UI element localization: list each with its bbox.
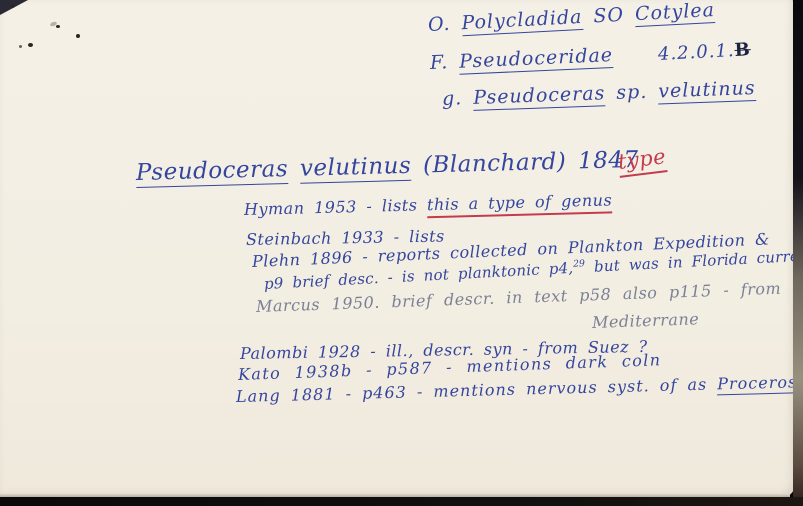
hyman-red-underlined: this a type of genus	[427, 190, 613, 218]
note-hyman: Hyman 1953 - lists this a type of genus	[244, 190, 613, 219]
page-superscript: 29	[573, 258, 585, 270]
dust-speck	[28, 43, 33, 47]
family-prefix: F.	[430, 51, 449, 74]
title-authority: (Blanchard) 1847	[423, 147, 639, 179]
family-name: Pseudoceridae	[459, 44, 614, 75]
genus-prefix: g.	[442, 87, 463, 110]
taxonomy-order-line: O. Polycladida SO Cotylea	[427, 0, 715, 36]
dust-speck	[76, 34, 80, 38]
scan-background-right	[793, 0, 803, 506]
title-genus: Pseudoceras	[136, 156, 289, 188]
genus-name: Pseudoceras	[473, 82, 606, 111]
type-annotation: type	[617, 144, 668, 174]
dust-speck	[56, 25, 60, 28]
dust-speck	[10, 4, 15, 8]
scanned-index-card-page: { "colors": { "card_background": "#f3efe…	[0, 0, 803, 506]
genus-species-name: velutinus	[658, 77, 756, 104]
scan-background-bottom	[0, 497, 803, 506]
suborder-prefix: SO	[593, 4, 625, 28]
catalog-number-overwritten: B	[734, 39, 751, 61]
order-prefix: O.	[427, 13, 451, 36]
suborder-name: Cotylea	[634, 0, 715, 27]
lang-species-underlined: Proceros vel.	[717, 371, 803, 395]
genus-mid: sp.	[616, 81, 648, 104]
taxonomy-genus-line: g. Pseudoceras sp. velutinus	[442, 77, 756, 110]
index-card: O. Polycladida SO Cotylea F. Pseudocerid…	[0, 0, 795, 498]
species-title: Pseudoceras velutinus (Blanchard) 1847	[136, 147, 639, 186]
dust-speck	[19, 45, 22, 48]
catalog-number-base: 4.2.0.1.	[657, 40, 735, 65]
title-species: velutinus	[300, 153, 412, 184]
note-marcus-place: Mediterrane	[592, 309, 700, 332]
order-name: Polycladida	[461, 6, 583, 36]
catalog-number: 4.2.0.1.B	[657, 39, 751, 65]
taxonomy-family-line: F. Pseudoceridae	[430, 44, 614, 74]
